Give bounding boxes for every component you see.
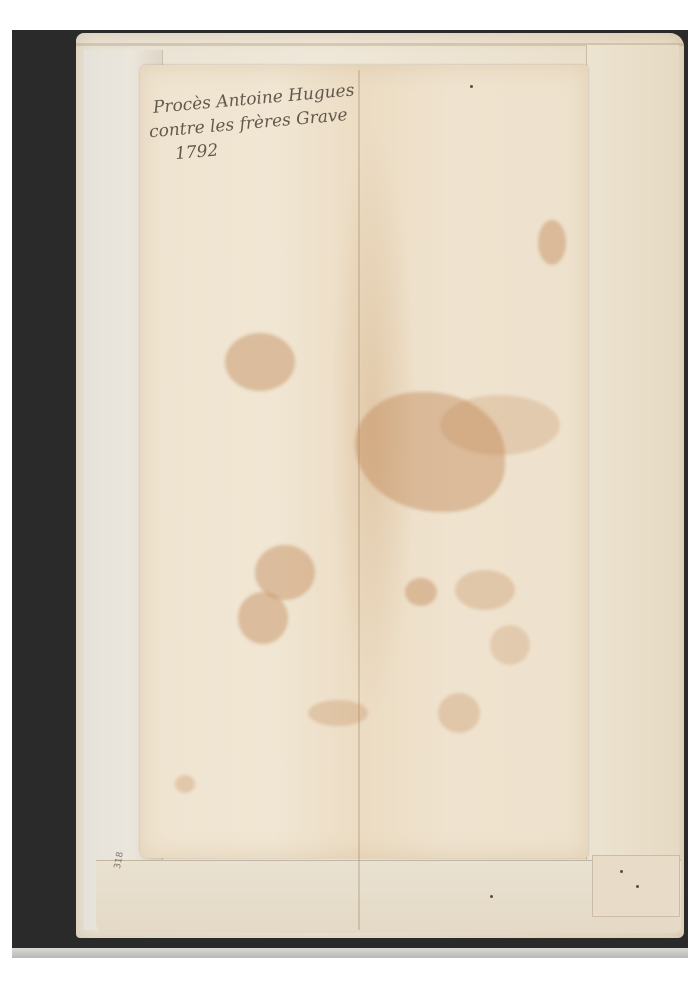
water-stain	[490, 625, 530, 665]
foxing-spot	[636, 885, 639, 888]
foxing-spot	[620, 870, 623, 873]
water-stain	[455, 570, 515, 610]
water-stain	[440, 395, 560, 455]
foxing-spot	[490, 895, 493, 898]
water-stain	[538, 220, 566, 265]
center-fold-crease	[358, 70, 360, 930]
water-stain	[238, 592, 288, 644]
water-stain	[438, 693, 480, 733]
water-stain	[175, 775, 195, 793]
water-stain	[308, 700, 368, 726]
folder-right-edge	[586, 45, 679, 915]
scanner-edge	[12, 948, 688, 958]
water-stain	[225, 333, 295, 391]
foxing-spot	[470, 85, 473, 88]
water-stain	[405, 578, 437, 606]
